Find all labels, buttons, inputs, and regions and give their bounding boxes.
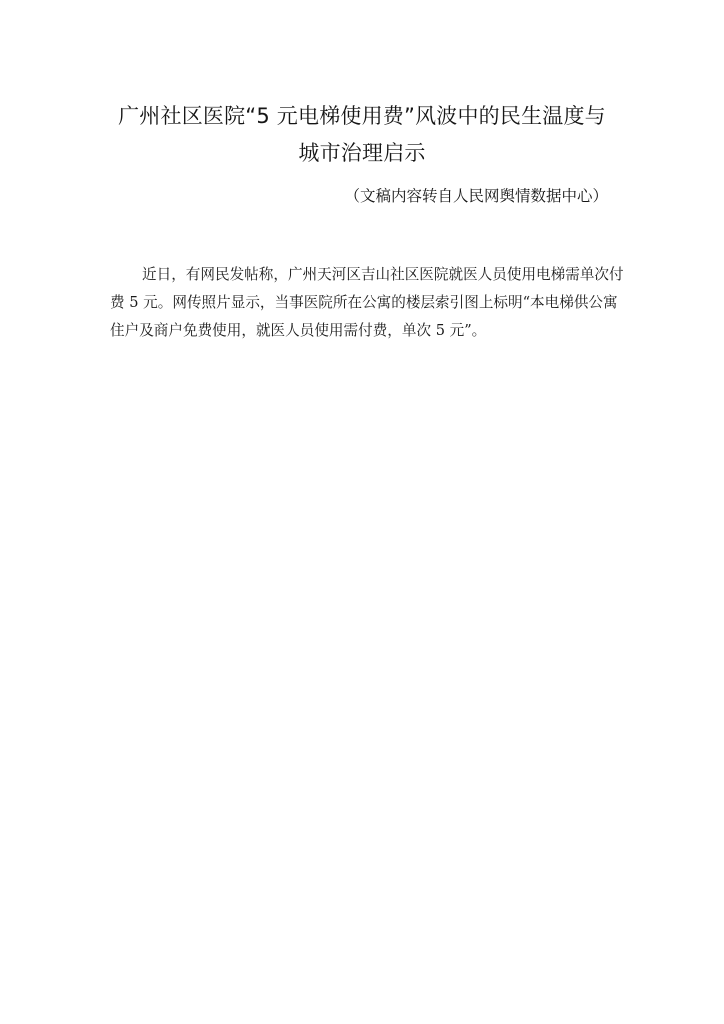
source-note: （文稿内容转自人民网舆情数据中心） — [344, 183, 608, 209]
title-line-1: 广州社区医院“5 元电梯使用费”风波中的民生温度与 — [100, 98, 624, 135]
document-title: 广州社区医院“5 元电梯使用费”风波中的民生温度与 城市治理启示 — [100, 98, 624, 172]
document-page: 广州社区医院“5 元电梯使用费”风波中的民生温度与 城市治理启示 （文稿内容转自… — [0, 0, 724, 1024]
paragraph-line-2: 费 5 元。网传照片显示，当事医院所在公寓的楼层索引图上标明“本电梯供公寓 — [110, 289, 614, 317]
body-paragraph: 近日，有网民发帖称，广州天河区吉山社区医院就医人员使用电梯需单次付 费 5 元。… — [110, 261, 614, 345]
paragraph-line-1: 近日，有网民发帖称，广州天河区吉山社区医院就医人员使用电梯需单次付 — [110, 261, 614, 289]
paragraph-line-3: 住户及商户免费使用，就医人员使用需付费，单次 5 元”。 — [110, 317, 614, 345]
title-line-2: 城市治理启示 — [100, 135, 624, 172]
